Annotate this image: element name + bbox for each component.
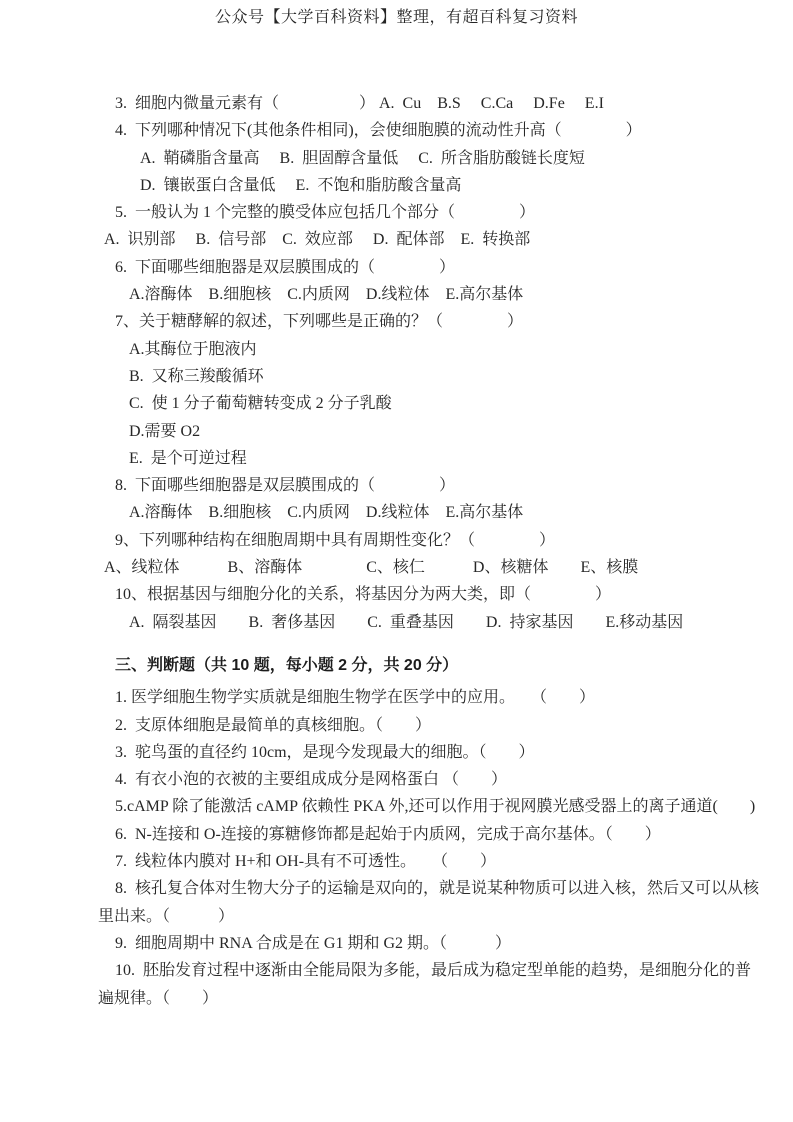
question-6-options: A.溶酶体 B.细胞核 C.内质网 D.线粒体 E.高尔基体 bbox=[98, 281, 759, 308]
question-4: 4. 下列哪种情况下(其他条件相同)，会使细胞膜的流动性升高（ ） bbox=[98, 117, 759, 144]
question-7-option-c: C. 使 1 分子葡萄糖转变成 2 分子乳酸 bbox=[98, 390, 759, 417]
question-5: 5. 一般认为 1 个完整的膜受体应包括几个部分（ ） bbox=[98, 199, 759, 226]
question-7-option-e: E. 是个可逆过程 bbox=[98, 445, 759, 472]
document-page: 公众号【大学百科资料】整理，有超百科复习资料 3. 细胞内微量元素有（ ） A.… bbox=[0, 0, 793, 1122]
document-body: 3. 细胞内微量元素有（ ） A. Cu B.S C.Ca D.Fe E.I 4… bbox=[98, 90, 759, 1012]
judgment-10: 10. 胚胎发育过程中逐渐由全能局限为多能，最后成为稳定型单能的趋势，是细胞分化… bbox=[98, 957, 759, 1012]
question-3: 3. 细胞内微量元素有（ ） A. Cu B.S C.Ca D.Fe E.I bbox=[98, 90, 759, 117]
judgment-6: 6. N-连接和 O-连接的寡糖修饰都是起始于内质网，完成于高尔基体。（ ） bbox=[98, 821, 759, 848]
question-7-option-a: A.其酶位于胞液内 bbox=[98, 336, 759, 363]
question-9: 9、下列哪种结构在细胞周期中具有周期性变化？（ ） bbox=[98, 527, 759, 554]
question-4-options-1: A. 鞘磷脂含量高 B. 胆固醇含量低 C. 所含脂肪酸链长度短 bbox=[98, 145, 759, 172]
multiple-choice-section: 3. 细胞内微量元素有（ ） A. Cu B.S C.Ca D.Fe E.I 4… bbox=[98, 90, 759, 636]
judgment-5: 5.cAMP 除了能激活 cAMP 依赖性 PKA 外,还可以作用于视网膜光感受… bbox=[98, 793, 759, 820]
judgment-3: 3. 驼鸟蛋的直径约 10cm，是现今发现最大的细胞。（ ） bbox=[98, 739, 759, 766]
judgment-7: 7. 线粒体内膜对 H+和 OH-具有不可透性。 （ ） bbox=[98, 848, 759, 875]
judgment-9: 9. 细胞周期中 RNA 合成是在 G1 期和 G2 期。（ ） bbox=[98, 930, 759, 957]
question-7: 7、关于糖酵解的叙述，下列哪些是正确的？（ ） bbox=[98, 308, 759, 335]
question-7-option-b: B. 又称三羧酸循环 bbox=[98, 363, 759, 390]
judgment-4: 4. 有衣小泡的衣被的主要组成成分是网格蛋白 （ ） bbox=[98, 766, 759, 793]
question-7-option-d: D.需要 O2 bbox=[98, 418, 759, 445]
question-9-options: A、线粒体 B、溶酶体 C、核仁 D、核糖体 E、核膜 bbox=[98, 554, 759, 581]
question-8: 8. 下面哪些细胞器是双层膜围成的（ ） bbox=[98, 472, 759, 499]
question-8-options: A.溶酶体 B.细胞核 C.内质网 D.线粒体 E.高尔基体 bbox=[98, 499, 759, 526]
page-header-banner: 公众号【大学百科资料】整理，有超百科复习资料 bbox=[0, 0, 793, 28]
question-10-options: A. 隔裂基因 B. 奢侈基因 C. 重叠基因 D. 持家基因 E.移动基因 bbox=[98, 609, 759, 636]
question-10: 10、根据基因与细胞分化的关系，将基因分为两大类，即（ ） bbox=[98, 581, 759, 608]
judgment-2: 2. 支原体细胞是最简单的真核细胞。（ ） bbox=[98, 712, 759, 739]
question-4-options-2: D. 镶嵌蛋白含量低 E. 不饱和脂肪酸含量高 bbox=[98, 172, 759, 199]
judgment-section-heading: 三、判断题（共 10 题，每小题 2 分，共 20 分） bbox=[98, 652, 759, 679]
judgment-section: 三、判断题（共 10 题，每小题 2 分，共 20 分） 1. 医学细胞生物学实… bbox=[98, 652, 759, 1012]
judgment-8: 8. 核孔复合体对生物大分子的运输是双向的，就是说某种物质可以进入核，然后又可以… bbox=[98, 875, 759, 930]
question-5-options: A. 识别部 B. 信号部 C. 效应部 D. 配体部 E. 转换部 bbox=[98, 226, 759, 253]
question-6: 6. 下面哪些细胞器是双层膜围成的（ ） bbox=[98, 254, 759, 281]
judgment-1: 1. 医学细胞生物学实质就是细胞生物学在医学中的应用。 （ ） bbox=[98, 684, 759, 711]
